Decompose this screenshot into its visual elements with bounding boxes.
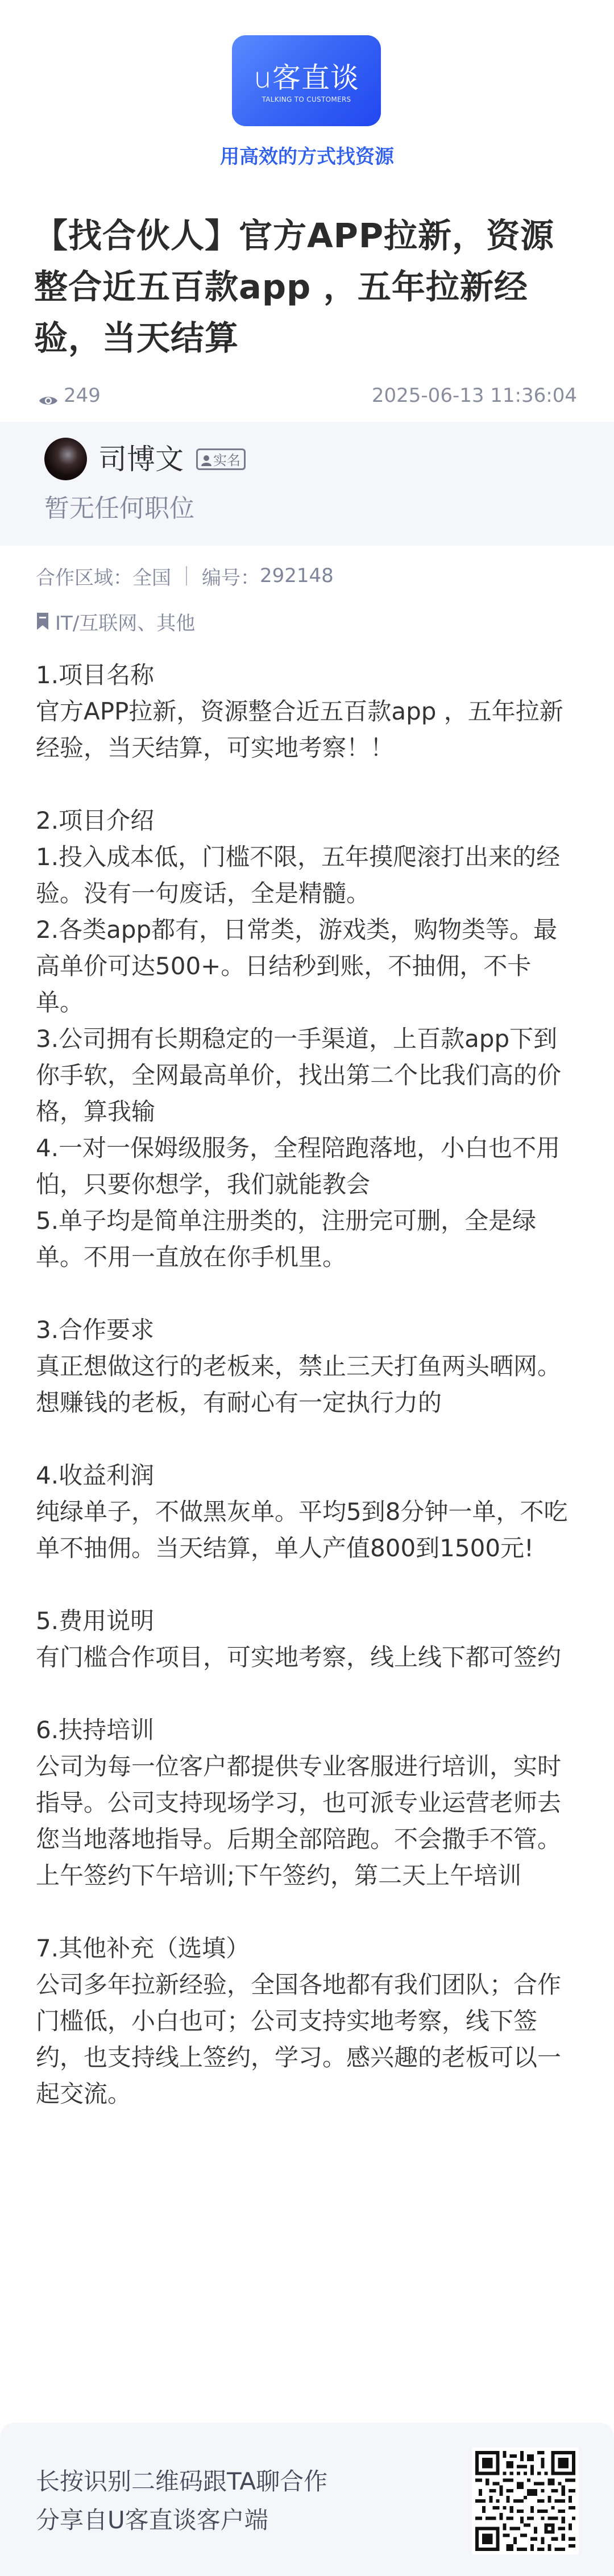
- author-position: 暂无任何职位: [44, 493, 570, 525]
- logo-subtitle: TALKING TO CUSTOMERS: [262, 95, 351, 104]
- id-value: 292148: [260, 564, 334, 587]
- section-text: 公司多年拉新经验，全国各地都有我们团队；合作门槛低，小白也可；公司支持实地考察，…: [36, 1967, 578, 2112]
- post-title: 【找合伙人】官方APP拉新，资源整合近五百款app ，五年拉新经验，当天结算: [0, 210, 614, 364]
- footer-text: 长按识别二维码跟TA聊合作 分享自U客直谈客户端: [36, 2462, 327, 2540]
- share-footer: 长按识别二维码跟TA聊合作 分享自U客直谈客户端: [0, 2423, 614, 2576]
- post-timestamp: 2025-06-13 11:36:04: [372, 384, 577, 407]
- section-heading: 1.项目名称: [36, 657, 578, 693]
- section-heading: 4.收益利润: [36, 1457, 578, 1494]
- section-text: 想赚钱的老板，有耐心有一定执行力的: [36, 1385, 578, 1421]
- section-other: 7.其他补充（选填） 公司多年拉新经验，全国各地都有我们团队；合作门槛低，小白也…: [36, 1930, 578, 2112]
- eye-icon: [39, 389, 58, 402]
- section-heading: 7.其他补充（选填）: [36, 1930, 578, 1967]
- avatar[interactable]: [44, 438, 87, 480]
- post-info: 合作区域： 全国 编号： 292148 IT/互联网、其他: [0, 562, 614, 635]
- verified-label: 实名: [213, 449, 240, 469]
- section-text: 真正想做这行的老板来，禁止三天打鱼两头晒网。: [36, 1348, 578, 1385]
- post-detail-page: u客直谈 TALKING TO CUSTOMERS 用高效的方式找资源 【找合伙…: [0, 0, 614, 2576]
- region-label: 合作区域：: [36, 562, 132, 590]
- logo-title: u客直谈: [254, 62, 359, 94]
- slogan: 用高效的方式找资源: [0, 144, 614, 169]
- qr-code-icon: [475, 2451, 575, 2551]
- section-profit: 4.收益利润 纯绿单子，不做黑灰单。平均5到8分钟一单，不吃单不抽佣。当天结算，…: [36, 1457, 578, 1567]
- post-meta: 249 2025-06-13 11:36:04: [0, 380, 614, 412]
- post-content: 1.项目名称 官方APP拉新，资源整合近五百款app ，五年拉新经验，当天结算，…: [0, 657, 614, 2112]
- brand-header: u客直谈 TALKING TO CUSTOMERS 用高效的方式找资源: [0, 0, 614, 188]
- section-text: 4.一对一保姆级服务，全程陪跑落地，小白也不用怕，只要你想学，我们就能教会: [36, 1130, 578, 1203]
- section-heading: 5.费用说明: [36, 1603, 578, 1639]
- region-value: 全国: [132, 562, 171, 590]
- section-text: 官方APP拉新，资源整合近五百款app ，五年拉新经验，当天结算，可实地考察！！: [36, 693, 578, 766]
- section-training: 6.扶持培训 公司为每一位客户都提供专业客服进行培训，实时指导。公司支持现场学习…: [36, 1712, 578, 1894]
- section-requirements: 3.合作要求 真正想做这行的老板来，禁止三天打鱼两头晒网。 想赚钱的老板，有耐心…: [36, 1312, 578, 1421]
- section-project-intro: 2.项目介绍 1.投入成本低，门槛不限，五年摸爬滚打出来的经验。没有一句废话，全…: [36, 803, 578, 1275]
- industry-tags: IT/互联网、其他: [36, 607, 578, 635]
- footer-instruction: 长按识别二维码跟TA聊合作: [36, 2462, 327, 2501]
- section-text: 1.投入成本低，门槛不限，五年摸爬滚打出来的经验。没有一句废话，全是精髓。: [36, 839, 578, 912]
- section-text: 有门槛合作项目，可实地考察，线上线下都可签约: [36, 1639, 578, 1676]
- section-heading: 2.项目介绍: [36, 803, 578, 839]
- info-row: 合作区域： 全国 编号： 292148: [36, 562, 578, 590]
- bookmark-icon: [36, 612, 49, 631]
- section-heading: 3.合作要求: [36, 1312, 578, 1348]
- section-text: 2.各类app都有，日常类，游戏类，购物类等。最高单价可达500+。日结秒到账，…: [36, 912, 578, 1021]
- author-card[interactable]: 司博文 实名 暂无任何职位: [0, 422, 614, 546]
- section-heading: 6.扶持培训: [36, 1712, 578, 1748]
- verified-badge: 实名: [196, 448, 246, 470]
- section-text: 3.公司拥有长期稳定的一手渠道，上百款app下到你手软，全网最高单价，找出第二个…: [36, 1021, 578, 1130]
- section-text: 纯绿单子，不做黑灰单。平均5到8分钟一单，不吃单不抽佣。当天结算，单人产值800…: [36, 1494, 578, 1567]
- section-project-name: 1.项目名称 官方APP拉新，资源整合近五百款app ，五年拉新经验，当天结算，…: [36, 657, 578, 766]
- divider: [186, 566, 187, 585]
- view-count-value: 249: [64, 384, 101, 407]
- section-text: 公司为每一位客户都提供专业客服进行培训，实时指导。公司支持现场学习，也可派专业运…: [36, 1748, 578, 1894]
- footer-source: 分享自U客直谈客户端: [36, 2501, 327, 2540]
- industry-tags-text: IT/互联网、其他: [55, 608, 195, 635]
- section-fees: 5.费用说明 有门槛合作项目，可实地考察，线上线下都可签约: [36, 1603, 578, 1676]
- id-label: 编号：: [202, 562, 260, 590]
- app-logo: u客直谈 TALKING TO CUSTOMERS: [232, 35, 381, 126]
- author-name: 司博文: [98, 442, 184, 476]
- author-row: 司博文 实名: [44, 438, 570, 480]
- qr-code[interactable]: [472, 2448, 579, 2554]
- view-count: 249: [39, 384, 101, 407]
- person-icon: [201, 454, 211, 465]
- section-text: 5.单子均是简单注册类的，注册完可删，全是绿单。不用一直放在你手机里。: [36, 1203, 578, 1275]
